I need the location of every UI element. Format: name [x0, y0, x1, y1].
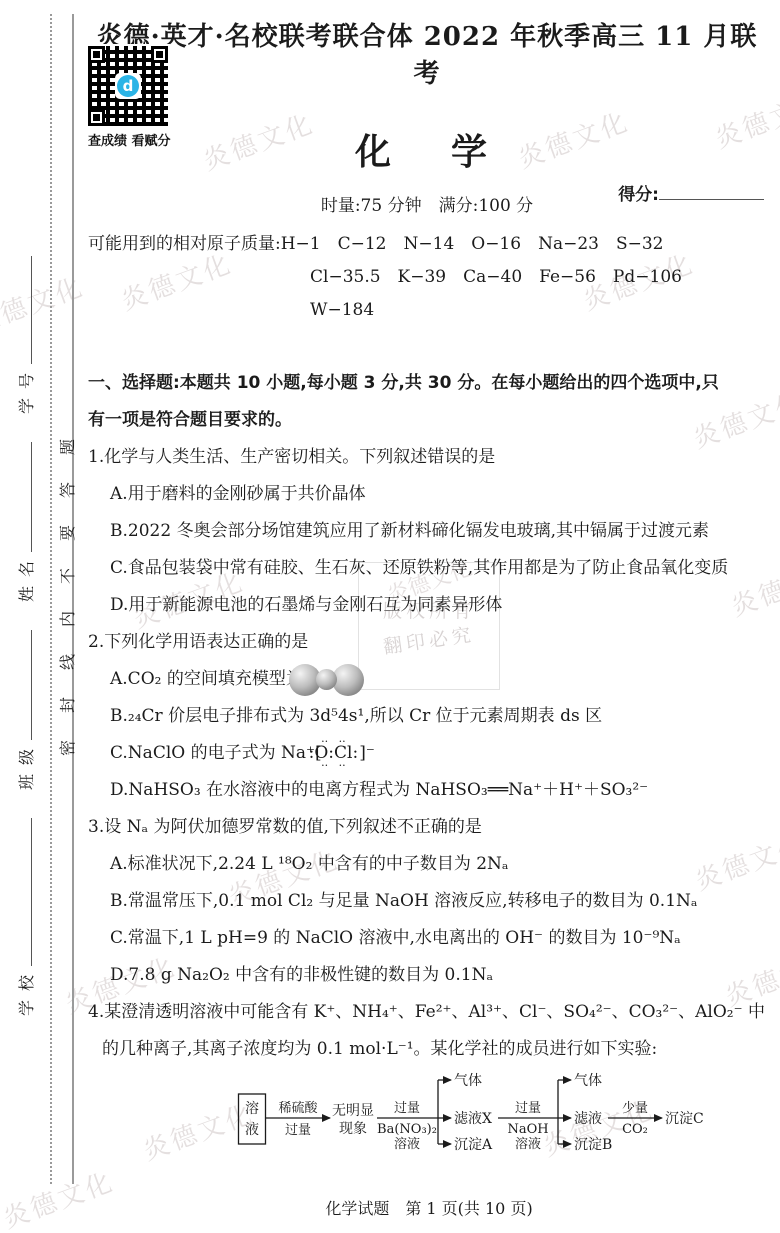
school-label: 学校	[14, 966, 37, 1016]
option-c-text: C.NaClO 的电子式为 Na⁺[	[110, 743, 322, 763]
step2-reagent-label: 溶液	[394, 1136, 420, 1152]
step4-reagent-label: CO₂	[622, 1122, 648, 1137]
qr-finder-icon	[88, 46, 105, 63]
qr-code: d	[88, 46, 168, 126]
masses-intro: 可能用到的相对原子质量:	[88, 234, 281, 254]
step2-reagent-label: Ba(NO₃)₂	[377, 1122, 437, 1137]
branch1-filtrate-label: 滤液X	[454, 1110, 492, 1127]
qr-finder-icon	[151, 46, 168, 63]
carbon-sphere	[316, 669, 337, 690]
question-3-stem: 3.设 Nₐ 为阿伏加德罗常数的值,下列叙述不正确的是	[88, 809, 766, 846]
subject-title: 化 学	[88, 124, 766, 175]
masses-line: 可能用到的相对原子质量:H−1 C−12 N−14 O−16 Na−23 S−3…	[88, 228, 766, 261]
question-2-option-a: A.CO₂ 的空间填充模型为	[88, 661, 766, 698]
branch2-filtrate-label: 滤液	[574, 1110, 602, 1127]
branch2-precipitate-label: 沉淀B	[574, 1137, 612, 1153]
qr-logo: d	[115, 73, 141, 99]
student-id-field: 学号	[14, 256, 37, 414]
class-label: 班级	[14, 740, 37, 790]
qr-caption: 查成绩 看赋分	[88, 130, 184, 149]
question-3-option-d: D.7.8 g Na₂O₂ 中含有的非极性键的数目为 0.1Nₐ	[88, 957, 766, 994]
question-3-option-b: B.常温常压下,0.1 mol Cl₂ 与足量 NaOH 溶液反应,转移电子的数…	[88, 883, 766, 920]
question-2-option-b: B.₂₄Cr 价层电子排布式为 3d⁵4s¹,所以 Cr 位于元素周期表 ds …	[88, 698, 766, 735]
atomic-masses: 可能用到的相对原子质量:H−1 C−12 N−14 O−16 Na−23 S−3…	[88, 228, 766, 327]
step4-amount-label: 少量	[622, 1100, 648, 1116]
student-id-label: 学号	[14, 364, 37, 414]
score-label: 得分:	[618, 185, 659, 205]
option-c-suffix: ]⁻	[359, 743, 375, 763]
result1-text: 无明显	[332, 1103, 374, 1119]
step3-reagent-label: NaOH	[507, 1122, 548, 1137]
question-1-option-a: A.用于磨料的金刚砂属于共价晶体	[88, 476, 766, 513]
exam-page: 炎德文化 炎德文化 炎德文化 炎德文化 炎德文化 炎德文化 炎德文化 炎德文化 …	[0, 0, 780, 1233]
exam-content: 炎德·英才·名校联考联合体 2022 年秋季高三 11 月联考 d 查成绩 看赋…	[88, 0, 766, 1154]
qr-finder-icon	[88, 109, 105, 126]
masses-line: W−184	[88, 294, 766, 327]
school-field: 学校	[14, 818, 37, 1016]
question-3-option-c: C.常温下,1 L pH=9 的 NaClO 溶液中,水电离出的 OH⁻ 的数目…	[88, 920, 766, 957]
question-4-stem: 4.某澄清透明溶液中可能含有 K⁺、NH₄⁺、Fe²⁺、Al³⁺、Cl⁻、SO₄…	[88, 994, 766, 1068]
question-1-stem: 1.化学与人类生活、生产密切相关。下列叙述错误的是	[88, 439, 766, 476]
qr-block: d 查成绩 看赋分	[88, 46, 184, 149]
section-heading-line: 一、选择题:本题共 10 小题,每小题 3 分,共 30 分。在每小题给出的四个…	[88, 365, 766, 402]
result-precipitate-label: 沉淀C	[665, 1111, 704, 1127]
masses-line: Cl−35.5 K−39 Ca−40 Fe−56 Pd−106	[88, 261, 766, 294]
question-1-option-b: B.2022 冬奥会部分场馆建筑应用了新材料碲化镉发电玻璃,其中镉属于过渡元素	[88, 513, 766, 550]
experiment-flow-diagram: 溶 液 稀硫酸 过量 无明显 现象 过量 Ba(NO₃)₂ 溶液 气体 滤液X …	[236, 1070, 716, 1154]
solution-box-char: 液	[245, 1121, 259, 1138]
question-2-option-d: D.NaHSO₃ 在水溶液中的电离方程式为 NaHSO₃══Na⁺＋H⁺＋SO₃…	[88, 772, 766, 809]
seal-instruction-text: 密封线内不要答题	[55, 412, 78, 756]
step3-reagent-label: 溶液	[515, 1136, 541, 1152]
section-heading-line: 有一项是符合题目要求的。	[88, 402, 766, 439]
step1-reagent-label: 稀硫酸	[278, 1100, 318, 1116]
step3-amount-label: 过量	[515, 1100, 541, 1116]
qr-logo-letter: d	[117, 75, 139, 97]
paper-title: 炎德·英才·名校联考联合体 2022 年秋季高三 11 月联考	[88, 16, 766, 90]
branch1-precipitate-label: 沉淀A	[454, 1137, 493, 1153]
class-blank-line[interactable]	[15, 630, 32, 740]
seal-dotted-line	[50, 14, 52, 1184]
section-heading: 一、选择题:本题共 10 小题,每小题 3 分,共 30 分。在每小题给出的四个…	[88, 365, 766, 439]
solution-box-char: 溶	[245, 1100, 259, 1117]
step1-amount-label: 过量	[285, 1122, 311, 1138]
class-field: 班级	[14, 630, 37, 790]
question-1-option-c: C.食品包装袋中常有硅胶、生石灰、还原铁粉等,其作用都是为了防止食品氧化变质	[88, 550, 766, 587]
branch2-gas-label: 气体	[574, 1072, 602, 1089]
name-blank-line[interactable]	[15, 442, 32, 552]
masses-values: H−1 C−12 N−14 O−16 Na−23 S−32	[281, 234, 664, 254]
score-blank-line[interactable]	[659, 182, 764, 200]
step2-amount-label: 过量	[394, 1100, 420, 1116]
branch1-gas-label: 气体	[454, 1072, 482, 1089]
name-field: 姓名	[14, 442, 37, 602]
question-1-option-d: D.用于新能源电池的石墨烯与金刚石互为同素异形体	[88, 587, 766, 624]
student-info-fields: 学校 班级 姓名 学号	[14, 274, 37, 1016]
co2-space-filling-model	[303, 664, 364, 696]
question-3-option-a: A.标准状况下,2.24 L ¹⁸O₂ 中含有的中子数目为 2Nₐ	[88, 846, 766, 883]
option-a-text: A.CO₂ 的空间填充模型为	[110, 669, 303, 689]
student-id-blank-line[interactable]	[15, 256, 32, 364]
question-2-stem: 2.下列化学用语表达正确的是	[88, 624, 766, 661]
lewis-bottom-dots: ·· ··	[323, 762, 359, 769]
naclo-lewis-structure: ·· ··:O:Cl:·· ··	[323, 738, 359, 769]
name-label: 姓名	[14, 552, 37, 602]
score-field: 得分:	[618, 180, 764, 205]
question-body: 一、选择题:本题共 10 小题,每小题 3 分,共 30 分。在每小题给出的四个…	[88, 365, 766, 1154]
school-blank-line[interactable]	[15, 818, 32, 966]
question-2-option-c: C.NaClO 的电子式为 Na⁺[·· ··:O:Cl:·· ··]⁻	[88, 735, 766, 772]
page-footer: 化学试题 第 1 页(共 10 页)	[88, 1196, 770, 1219]
result1-text: 现象	[339, 1121, 367, 1137]
